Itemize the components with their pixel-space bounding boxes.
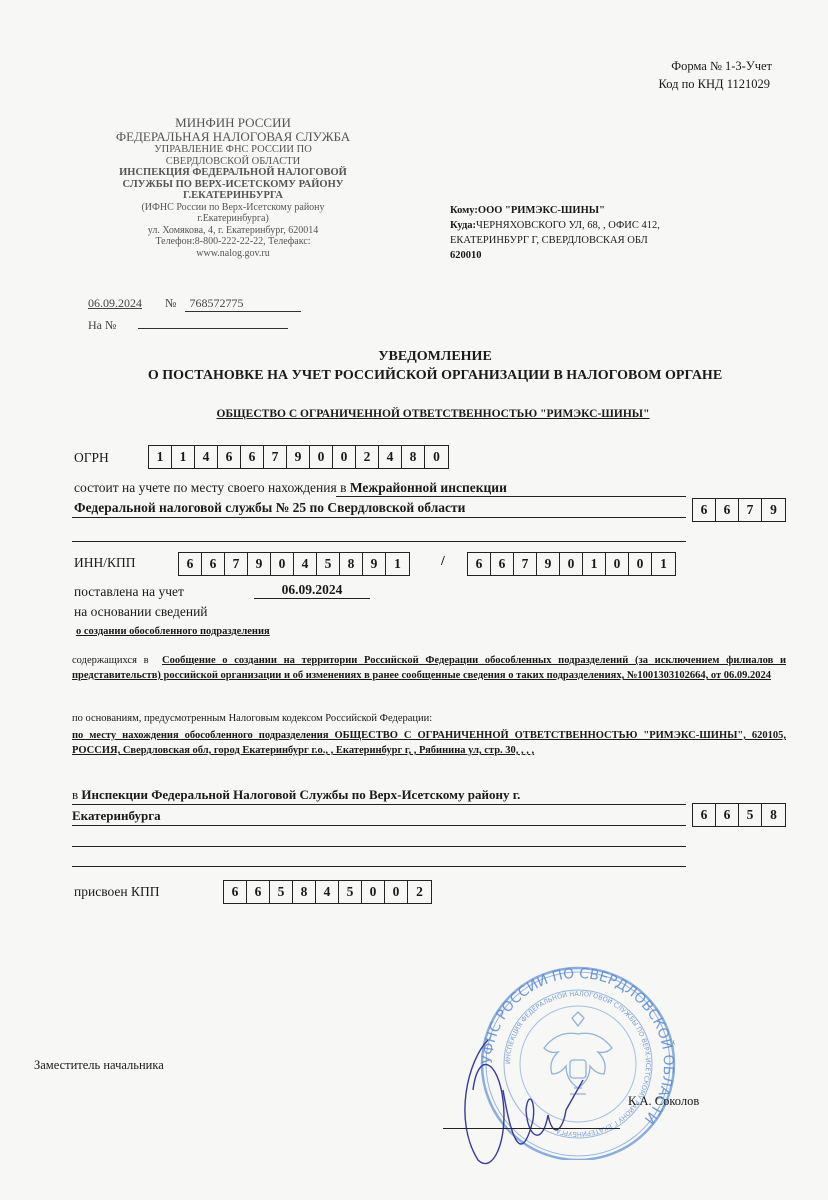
digit-cell: 4 — [379, 446, 402, 468]
authority-name-part1: Межрайонной инспекции — [350, 480, 507, 495]
digit-cell: 8 — [340, 553, 363, 575]
document-title: УВЕДОМЛЕНИЕ — [0, 349, 828, 365]
digit-cell: 4 — [294, 553, 317, 575]
digit-cell: 9 — [248, 553, 271, 575]
underline — [336, 496, 686, 497]
reply-number-blank — [138, 316, 288, 329]
digit-cell: 0 — [629, 553, 652, 575]
digit-cell: 8 — [293, 881, 316, 903]
digit-cell: 6 — [224, 881, 247, 903]
digit-cell: 0 — [425, 446, 448, 468]
issuer-line: ул. Хомякова, 4, г. Екатеринбург, 620014 — [88, 225, 378, 237]
digit-cell: 5 — [339, 881, 362, 903]
digit-cell: 6 — [218, 446, 241, 468]
registration-line: 06.09.2024 № 768572775 — [88, 296, 301, 312]
digit-cell: 8 — [762, 804, 785, 826]
issuer-line: СВЕРДЛОВСКОЙ ОБЛАСТИ — [88, 156, 378, 168]
underline — [72, 866, 686, 867]
digit-cell: 6 — [202, 553, 225, 575]
inn-digit-boxes: 6679045891 — [178, 552, 410, 576]
underline — [72, 804, 686, 805]
basis-value: о создании обособленного подразделения — [76, 626, 270, 637]
issuer-line: МИНФИН РОССИИ — [88, 116, 378, 130]
knd-code: Код по КНД 1121029 — [659, 75, 770, 93]
digit-cell: 6 — [716, 499, 739, 521]
signer-position: Заместитель начальника — [34, 1058, 164, 1073]
registration-date: 06.09.2024 — [88, 296, 142, 310]
digit-cell: 2 — [356, 446, 379, 468]
digit-cell: 0 — [333, 446, 356, 468]
underline — [72, 541, 686, 542]
digit-cell: 6 — [179, 553, 202, 575]
digit-cell: 5 — [317, 553, 340, 575]
issuer-line: г.Екатеринбурга) — [88, 213, 378, 225]
issuer-line: УПРАВЛЕНИЕ ФНС РОССИИ ПО — [88, 144, 378, 156]
digit-cell: 0 — [362, 881, 385, 903]
digit-cell: 7 — [225, 553, 248, 575]
digit-cell: 6 — [247, 881, 270, 903]
contained-in-label: содержащихся в — [72, 655, 149, 666]
grounds-label: по основаниям, предусмотренным Налоговым… — [72, 713, 432, 724]
recipient-address: Куда:ЧЕРНЯХОВСКОГО УЛ, 68, , ОФИС 412, — [450, 218, 660, 233]
digit-cell: 8 — [402, 446, 425, 468]
digit-cell: 6 — [468, 553, 491, 575]
digit-cell: 9 — [537, 553, 560, 575]
digit-cell: 7 — [264, 446, 287, 468]
digit-cell: 5 — [739, 804, 762, 826]
document-subtitle: О ПОСТАНОВКЕ НА УЧЕТ РОССИЙСКОЙ ОРГАНИЗА… — [0, 368, 828, 384]
inn-kpp-label: ИНН/КПП — [74, 555, 136, 571]
recipient-address-line2: ЕКАТЕРИНБУРГ Г, СВЕРДЛОВСКАЯ ОБЛ — [450, 233, 660, 248]
digit-cell: 1 — [386, 553, 409, 575]
registered-on-label: поставлена на учет — [74, 584, 184, 600]
signature-line — [443, 1128, 620, 1129]
number-label: № — [165, 296, 176, 310]
issuer-line: ФЕДЕРАЛЬНАЯ НАЛОГОВАЯ СЛУЖБА — [88, 130, 378, 144]
digit-cell: 4 — [316, 881, 339, 903]
underline — [72, 825, 686, 826]
authority-code-boxes: 6679 — [692, 498, 786, 522]
ogrn-digit-boxes: 1146679002480 — [148, 445, 449, 469]
recipient-block: Кому:ООО "РИМЭКС-ШИНЫ" Куда:ЧЕРНЯХОВСКОГ… — [450, 203, 660, 263]
handwritten-signature-icon — [448, 1020, 598, 1170]
digit-cell: 1 — [149, 446, 172, 468]
digit-cell: 6 — [241, 446, 264, 468]
new-authority-name-part2: Екатеринбурга — [72, 808, 161, 824]
registered-on-date: 06.09.2024 — [254, 582, 370, 599]
digit-cell: 0 — [606, 553, 629, 575]
registered-at-line1: состоит на учете по месту своего нахожде… — [74, 479, 686, 495]
digit-cell: 6 — [716, 804, 739, 826]
issuer-line: Телефон:8-800-222-22-22, Телефакс: — [88, 236, 378, 248]
new-authority-line1: в Инспекции Федеральной Налоговой Службы… — [72, 787, 520, 803]
issuer-line: Г.ЕКАТЕРИНБУРГА — [88, 190, 378, 202]
form-identifier: Форма № 1-3-Учет Код по КНД 1121029 — [659, 57, 770, 93]
issuer-line: СЛУЖБЫ ПО ВЕРХ-ИСЕТСКОМУ РАЙОНУ — [88, 179, 378, 191]
assigned-kpp-label: присвоен КПП — [74, 884, 159, 900]
recipient-postcode: 620010 — [450, 248, 660, 263]
basis-label: на основании сведений — [74, 604, 208, 620]
issuer-line: www.nalog.gov.ru — [88, 248, 378, 260]
digit-cell: 1 — [583, 553, 606, 575]
digit-cell: 4 — [195, 446, 218, 468]
assigned-kpp-digit-boxes: 665845002 — [223, 880, 432, 904]
form-number: Форма № 1-3-Учет — [659, 57, 772, 75]
signer-name: К.А. Соколов — [628, 1094, 699, 1109]
reply-reference-line: На № — [88, 316, 288, 333]
digit-cell: 0 — [560, 553, 583, 575]
ogrn-label: ОГРН — [74, 450, 109, 466]
digit-cell: 0 — [385, 881, 408, 903]
issuer-line: (ИФНС России по Верх-Исетскому району — [88, 202, 378, 214]
digit-cell: 6 — [693, 499, 716, 521]
new-authority-code-boxes: 6658 — [692, 803, 786, 827]
recipient-to: Кому:ООО "РИМЭКС-ШИНЫ" — [450, 203, 660, 218]
reply-label: На № — [88, 318, 116, 332]
source-document: Сообщение о создании на территории Росси… — [72, 655, 786, 681]
contained-in-paragraph: содержащихся в Сообщение о создании на т… — [72, 653, 786, 683]
digit-cell: 0 — [271, 553, 294, 575]
digit-cell: 2 — [408, 881, 431, 903]
grounds-text: по месту нахождения обособленного подраз… — [72, 730, 786, 756]
digit-cell: 6 — [491, 553, 514, 575]
authority-name-part2: Федеральной налоговой службы № 25 по Све… — [74, 500, 465, 516]
digit-cell: 7 — [514, 553, 537, 575]
digit-cell: 1 — [172, 446, 195, 468]
issuer-block: МИНФИН РОССИИ ФЕДЕРАЛЬНАЯ НАЛОГОВАЯ СЛУЖ… — [88, 116, 378, 259]
digit-cell: 9 — [762, 499, 785, 521]
inn-kpp-separator: / — [441, 553, 445, 569]
digit-cell: 9 — [287, 446, 310, 468]
kpp-digit-boxes: 667901001 — [467, 552, 676, 576]
underline — [72, 846, 686, 847]
grounds-paragraph: по месту нахождения обособленного подраз… — [72, 728, 786, 758]
issuer-line: ИНСПЕКЦИЯ ФЕДЕРАЛЬНОЙ НАЛОГОВОЙ — [88, 167, 378, 179]
registration-number: 768572775 — [185, 296, 301, 312]
digit-cell: 7 — [739, 499, 762, 521]
digit-cell: 9 — [363, 553, 386, 575]
digit-cell: 1 — [652, 553, 675, 575]
organization-name: ОБЩЕСТВО С ОГРАНИЧЕННОЙ ОТВЕТСТВЕННОСТЬЮ… — [0, 408, 828, 420]
digit-cell: 5 — [270, 881, 293, 903]
recipient-name: ООО "РИМЭКС-ШИНЫ" — [478, 205, 605, 216]
new-authority-name-part1: Инспекции Федеральной Налоговой Службы п… — [81, 787, 520, 802]
underline — [72, 517, 686, 518]
digit-cell: 6 — [693, 804, 716, 826]
digit-cell: 0 — [310, 446, 333, 468]
